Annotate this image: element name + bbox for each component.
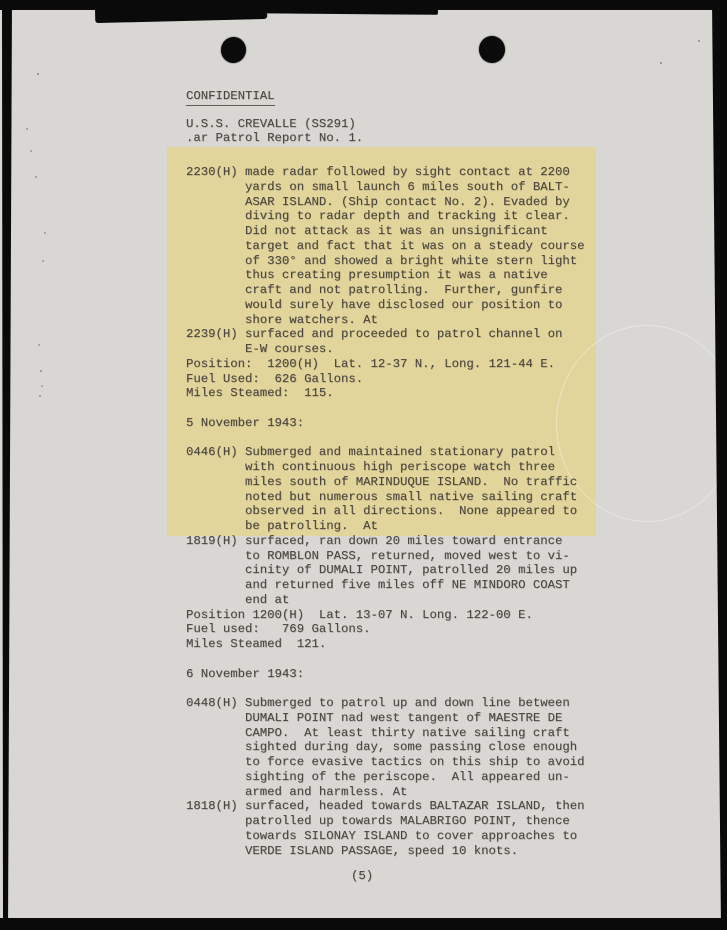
report-title: .ar Patrol Report No. 1. [186,131,363,146]
vessel-name: U.S.S. CREVALLE (SS291) [186,117,356,132]
scan-edge-torn-blob [95,0,268,23]
scan-edge-left [0,0,14,930]
scan-edge-torn-blob [248,0,438,15]
scan-speckles [37,73,39,75]
classification-label: CONFIDENTIAL [186,89,275,106]
scan-edge-bottom [0,918,727,930]
patrol-log-text: 2230(H) made radar followed by sight con… [186,165,584,858]
hole-punch-dot-left [219,35,247,64]
scanned-document-page: CONFIDENTIAL U.S.S. CREVALLE (SS291) .ar… [0,0,727,930]
page-number: (5) [351,869,373,884]
hole-punch-dot-right [478,35,507,65]
